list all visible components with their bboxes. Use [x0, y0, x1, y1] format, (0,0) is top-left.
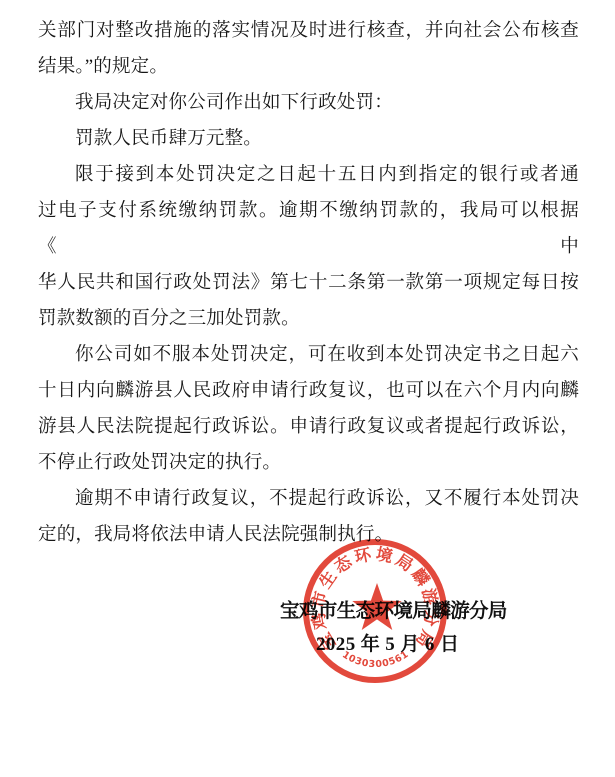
star-icon: [352, 583, 401, 630]
text-line: 你公司如不服本处罚决定，可在收到本处罚决定书之日起六: [38, 337, 579, 373]
document-body: 关部门对整改措施的落实情况及时进行核查，并向社会公布核查 结果。”的规定。 我局…: [38, 13, 579, 553]
text-line: 我局决定对你公司作出如下行政处罚：: [38, 85, 579, 121]
text-line: 罚款人民币肆万元整。: [38, 121, 579, 157]
penalty-decision-page: 关部门对整改措施的落实情况及时进行核查，并向社会公布核查 结果。”的规定。 我局…: [0, 0, 615, 777]
text-line: 游县人民法院提起行政诉讼。申请行政复议或者提起行政诉讼，: [38, 409, 579, 445]
text-line: 结果。”的规定。: [38, 49, 579, 85]
text-line: 华人民共和国行政处罚法》第七十二条第一款第一项规定每日按: [38, 265, 579, 301]
text-line: 过电子支付系统缴纳罚款。逾期不缴纳罚款的，我局可以根据《中: [38, 193, 579, 265]
text-line: 关部门对整改措施的落实情况及时进行核查，并向社会公布核查: [38, 13, 579, 49]
official-seal: 宝鸡市生态环境局麟游分局 G10303005616: [297, 534, 457, 694]
text-line: 不停止行政处罚决定的执行。: [38, 445, 579, 481]
text-line: 十日内向麟游县人民政府申请行政复议，也可以在六个月内向麟: [38, 373, 579, 409]
text-line: 罚款数额的百分之三加处罚款。: [38, 301, 579, 337]
text-line: 限于接到本处罚决定之日起十五日内到指定的银行或者通: [38, 157, 579, 193]
text-line: 逾期不申请行政复议，不提起行政诉讼，又不履行本处罚决: [38, 481, 579, 517]
